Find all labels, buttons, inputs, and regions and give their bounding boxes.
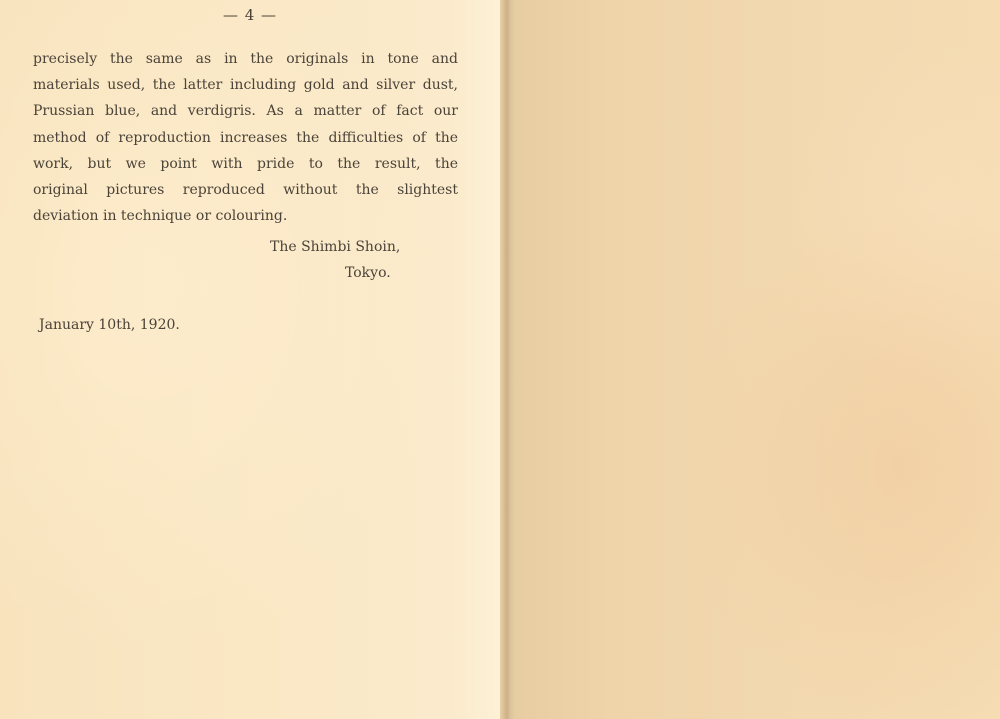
text-line: materials used, the latter including gol… bbox=[33, 72, 458, 98]
text-line: work, but we point with pride to the res… bbox=[33, 151, 458, 177]
text-line: Prussian blue, and verdigris. As a matte… bbox=[33, 98, 458, 124]
text-line: original pictures reproduced without the… bbox=[33, 177, 458, 203]
signature-publisher: The Shimbi Shoin, bbox=[270, 239, 400, 255]
right-page-blank bbox=[516, 0, 1000, 719]
text-line: precisely the same as in the originals i… bbox=[33, 46, 458, 72]
page-number: — 4 — bbox=[0, 6, 500, 24]
text-line: method of reproduction increases the dif… bbox=[33, 125, 458, 151]
book-spread: — 4 — precisely the same as in the origi… bbox=[0, 0, 1000, 719]
book-gutter bbox=[500, 0, 516, 719]
body-paragraph: precisely the same as in the originals i… bbox=[33, 46, 458, 229]
date-line: January 10th, 1920. bbox=[39, 317, 180, 333]
left-page: — 4 — precisely the same as in the origi… bbox=[0, 0, 500, 719]
text-line: deviation in technique or colouring. bbox=[33, 203, 458, 229]
signature-city: Tokyo. bbox=[345, 265, 391, 281]
